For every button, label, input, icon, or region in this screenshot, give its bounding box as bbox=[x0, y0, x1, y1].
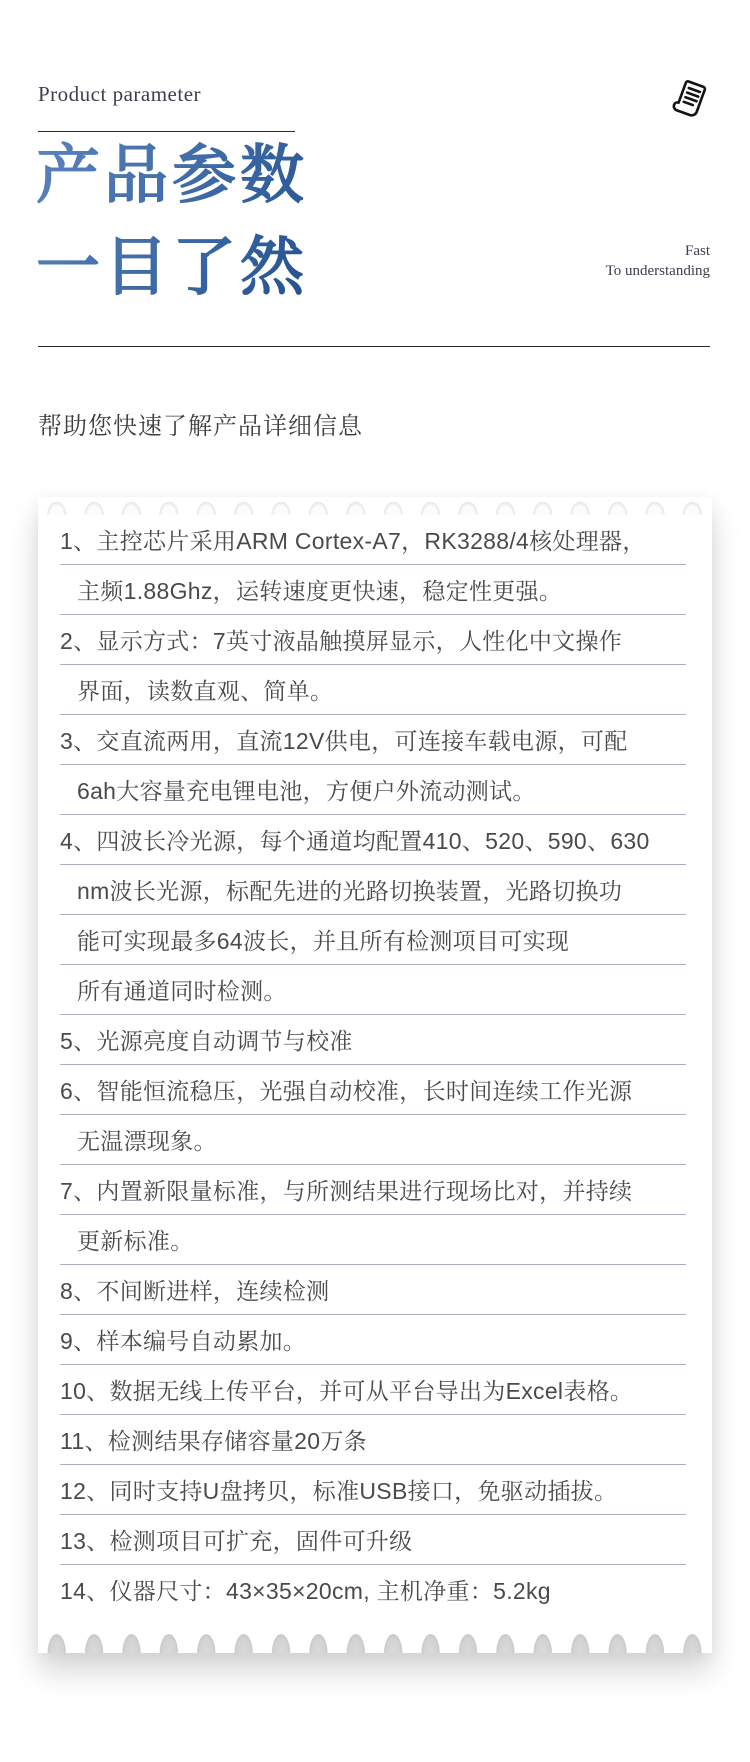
spec-line: nm波长光源，标配先进的光路切换装置，光路切换功 bbox=[60, 865, 686, 915]
spec-line: 4、四波长冷光源，每个通道均配置410、520、590、630 bbox=[60, 815, 686, 865]
tagline-line1: Fast bbox=[606, 241, 710, 261]
scallop-bottom-edge bbox=[38, 1627, 712, 1653]
page-title-line1: 产品参数 bbox=[36, 130, 456, 222]
subtitle-text: 帮助您快速了解产品详细信息 bbox=[38, 406, 363, 441]
spec-line: 6、智能恒流稳压，光强自动校准，长时间连续工作光源 bbox=[60, 1065, 686, 1115]
spec-line: 7、内置新限量标准，与所测结果进行现场比对，并持续 bbox=[60, 1165, 686, 1215]
spec-line: 9、样本编号自动累加。 bbox=[60, 1315, 686, 1365]
product-parameter-section: Product parameter 产品参数 一目了然 Fast To unde… bbox=[0, 0, 750, 1762]
spec-line: 10、数据无线上传平台，并可从平台导出为Excel表格。 bbox=[60, 1365, 686, 1415]
spec-line: 12、同时支持U盘拷贝，标准USB接口，免驱动插拔。 bbox=[60, 1465, 686, 1515]
spec-line: 6ah大容量充电锂电池，方便户外流动测试。 bbox=[60, 765, 686, 815]
spec-list: 1、主控芯片采用ARM Cortex-A7，RK3288/4核处理器，主频1.8… bbox=[38, 497, 712, 1614]
receipt-icon bbox=[666, 76, 714, 124]
spec-line: 更新标准。 bbox=[60, 1215, 686, 1265]
page-title-line2: 一目了然 bbox=[36, 222, 456, 314]
spec-line: 2、显示方式：7英寸液晶触摸屏显示，人性化中文操作 bbox=[60, 615, 686, 665]
spec-line: 3、交直流两用，直流12V供电，可连接车载电源，可配 bbox=[60, 715, 686, 765]
tagline-line2: To understanding bbox=[606, 261, 710, 281]
spec-line: 无温漂现象。 bbox=[60, 1115, 686, 1165]
spec-line: 界面，读数直观、简单。 bbox=[60, 665, 686, 715]
spec-line: 主频1.88Ghz，运转速度更快速，稳定性更强。 bbox=[60, 565, 686, 615]
spec-line: 1、主控芯片采用ARM Cortex-A7，RK3288/4核处理器， bbox=[60, 515, 686, 565]
spec-card: 1、主控芯片采用ARM Cortex-A7，RK3288/4核处理器，主频1.8… bbox=[38, 497, 712, 1653]
spec-line: 8、不间断进样，连续检测 bbox=[60, 1265, 686, 1315]
spec-line: 能可实现最多64波长，并且所有检测项目可实现 bbox=[60, 915, 686, 965]
page-title: 产品参数 一目了然 bbox=[36, 130, 456, 314]
tagline: Fast To understanding bbox=[606, 241, 710, 281]
spec-line: 所有通道同时检测。 bbox=[60, 965, 686, 1015]
spec-line: 13、检测项目可扩充，固件可升级 bbox=[60, 1515, 686, 1565]
spec-line: 5、光源亮度自动调节与校准 bbox=[60, 1015, 686, 1065]
spec-line: 11、检测结果存储容量20万条 bbox=[60, 1415, 686, 1465]
scallop-top-edge bbox=[38, 497, 712, 515]
spec-line: 14、仪器尺寸：43×35×20cm, 主机净重：5.2kg bbox=[60, 1565, 686, 1614]
header-divider bbox=[38, 346, 710, 347]
eyebrow-text: Product parameter bbox=[38, 82, 201, 107]
